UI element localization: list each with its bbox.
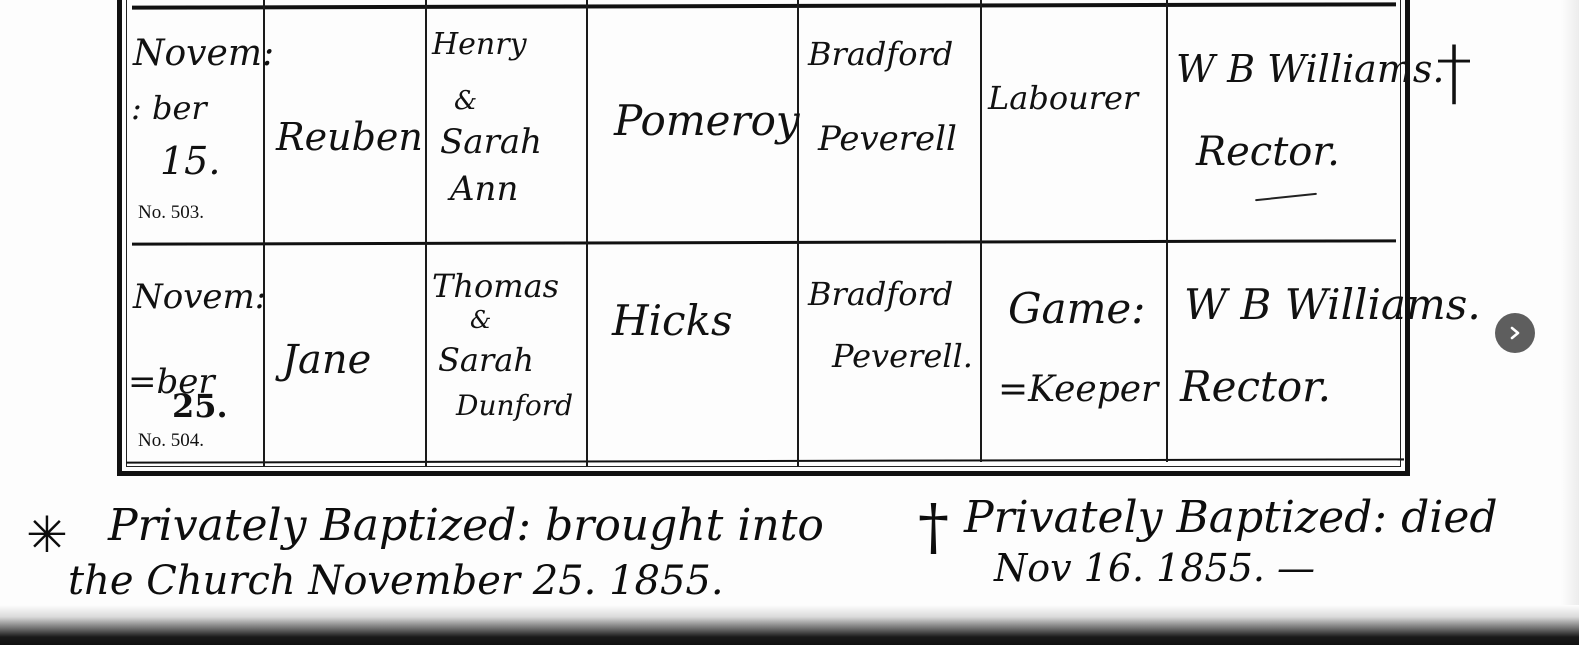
baptism-date-day: 15. [160,142,220,180]
child-christian-name: Jane [282,340,371,380]
baptism-date-month: Novem: [133,280,266,314]
parents-name-3: Dunford [456,392,573,420]
officiant-title: Rector. [1196,132,1340,172]
page-right-edge [1561,0,1579,610]
parents-name-3: Ann [450,172,518,206]
parents-ampersand: & [470,308,491,332]
footnote-text-line-2: Nov 16. 1855. — [994,546,1315,590]
parents-name-1: Thomas [432,270,559,302]
column-divider [980,0,982,462]
abode-line-2: Peverell. [832,340,973,372]
parents-name-2: Sarah [438,344,534,376]
next-page-button[interactable] [1495,313,1535,353]
dagger-icon: † [918,490,949,563]
footnote-text-line-1: Privately Baptized: died [964,492,1498,543]
register-page-image: Novem: : ber 15. No. 503. Reuben Henry &… [0,0,1579,645]
column-divider [797,0,799,466]
entry-number: No. 503. [138,203,204,222]
column-divider [1166,0,1168,462]
book-binding-edge [0,605,1579,645]
baptism-date-month: Novem: [133,36,274,72]
column-divider [586,0,588,466]
occupation-line-1: Game: [1008,288,1145,330]
dagger-marginal-mark: † [1436,36,1472,108]
surname: Pomeroy [614,100,800,142]
parents-ampersand: & [454,88,477,114]
occupation: Labourer [988,82,1138,114]
officiant-signature: W B Williams. [1176,50,1444,88]
surname: Hicks [612,300,733,342]
baptism-date-month-cont: : ber [131,92,207,124]
occupation-line-2: =Keeper [998,372,1158,408]
chevron-right-icon [1508,326,1522,340]
parents-name-1: Henry [432,30,527,60]
child-christian-name: Reuben [276,118,423,156]
baptism-date-day: 25. [172,390,228,422]
asterisk-icon: ✳ [26,506,68,564]
column-divider [425,0,427,466]
abode-line-1: Bradford [808,38,953,70]
abode-line-1: Bradford [808,278,953,310]
entry-number: No. 504. [138,431,204,450]
parents-name-2: Sarah [440,125,542,159]
footnote-text-line-2: the Church November 25. 1855. [68,558,724,604]
officiant-title: Rector. [1180,366,1331,408]
footnote-text-line-1: Privately Baptized: brought into [108,500,824,551]
officiant-signature: W B Williams. [1184,284,1481,326]
abode-line-2: Peverell [818,122,957,156]
